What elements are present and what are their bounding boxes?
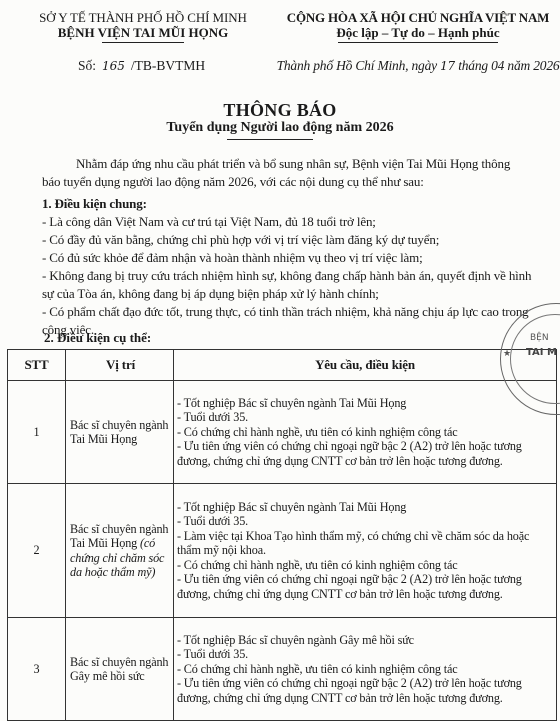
requirement-item: - Có chứng chỉ hành nghề, ưu tiên có kin…	[177, 425, 552, 439]
table-header-row: STT Vị trí Yêu cầu, điều kiện	[8, 350, 557, 381]
organization-name: BỆNH VIỆN TAI MŨI HỌNG	[8, 25, 278, 40]
requirement-item: - Tốt nghiệp Bác sĩ chuyên ngành Gây mê …	[177, 633, 552, 647]
national-header: CỘNG HÒA XÃ HỘI CHỦ NGHĨA VIỆT NAM Độc l…	[276, 10, 560, 43]
date-day-handwritten: 17	[440, 59, 455, 73]
national-motto: Độc lập – Tự do – Hạnh phúc	[276, 25, 560, 40]
organization-underline	[102, 42, 184, 43]
requirement-item: - Ưu tiên ứng viên có chứng chỉ ngoại ng…	[177, 676, 552, 705]
row-position: Bác sĩ chuyên ngành Tai Mũi Họng (có chứ…	[66, 484, 174, 618]
column-header-position: Vị trí	[66, 350, 174, 381]
stamp-text: BỆN	[530, 333, 549, 343]
date-suffix: tháng 04 năm 2026	[458, 58, 559, 73]
document-title: THÔNG BÁO	[0, 100, 560, 121]
condition-item: - Có đủ sức khỏe để đảm nhận và hoàn thà…	[42, 249, 532, 267]
requirement-item: - Có chứng chỉ hành nghề, ưu tiên có kin…	[177, 662, 552, 676]
requirement-item: - Tuổi dưới 35.	[177, 514, 552, 528]
requirement-item: - Ưu tiên ứng viên có chứng chỉ ngoại ng…	[177, 572, 552, 601]
table-row: 2 Bác sĩ chuyên ngành Tai Mũi Họng (có c…	[8, 484, 557, 618]
issuer-header: SỞ Y TẾ THÀNH PHỐ HỒ CHÍ MINH BỆNH VIỆN …	[8, 10, 278, 43]
document-subtitle: Tuyển dụng Người lao động năm 2026	[0, 120, 560, 136]
column-header-stt: STT	[8, 350, 66, 381]
motto-underline	[338, 42, 498, 43]
row-stt: 1	[8, 381, 66, 484]
requirement-item: - Tuổi dưới 35.	[177, 647, 552, 661]
general-conditions-heading: 1. Điều kiện chung:	[42, 195, 532, 213]
stamp-text: TAI M	[526, 347, 557, 358]
row-position: Bác sĩ chuyên ngành Gây mê hồi sức	[66, 618, 174, 721]
stamp-star-icon: ★	[503, 348, 511, 359]
position-title: Bác sĩ chuyên ngành Gây mê hồi sức	[70, 655, 168, 683]
row-requirements: - Tốt nghiệp Bác sĩ chuyên ngành Gây mê …	[174, 618, 557, 721]
requirement-item: - Ưu tiên ứng viên có chứng chỉ ngoại ng…	[177, 439, 552, 468]
general-conditions-section: 1. Điều kiện chung: - Là công dân Việt N…	[42, 195, 532, 339]
column-header-requirements: Yêu cầu, điều kiện	[174, 350, 557, 381]
row-stt: 2	[8, 484, 66, 618]
condition-item: - Có đầy đủ văn bằng, chứng chỉ phù hợp …	[42, 231, 532, 249]
date-line: Thành phố Hồ Chí Minh, ngày 17 tháng 04 …	[276, 58, 560, 74]
date-prefix: Thành phố Hồ Chí Minh, ngày	[277, 58, 437, 73]
nation-title: CỘNG HÒA XÃ HỘI CHỦ NGHĨA VIỆT NAM	[276, 10, 560, 25]
subtitle-underline	[227, 139, 313, 140]
table-row: 3 Bác sĩ chuyên ngành Gây mê hồi sức - T…	[8, 618, 557, 721]
doc-number-handwritten: 165	[102, 59, 125, 73]
intro-paragraph: Nhằm đáp ứng nhu cầu phát triển và bổ su…	[42, 155, 517, 191]
row-position: Bác sĩ chuyên ngành Tai Mũi Họng	[66, 381, 174, 484]
position-title: Bác sĩ chuyên ngành Tai Mũi Họng	[70, 418, 168, 446]
condition-item: - Là công dân Việt Nam và cư trú tại Việ…	[42, 213, 532, 231]
requirements-table: STT Vị trí Yêu cầu, điều kiện 1 Bác sĩ c…	[7, 349, 557, 721]
condition-item: - Không đang bị truy cứu trách nhiệm hìn…	[42, 267, 532, 303]
requirement-item: - Tuổi dưới 35.	[177, 410, 552, 424]
requirement-item: - Làm việc tại Khoa Tạo hình thẩm mỹ, có…	[177, 529, 552, 558]
requirement-item: - Tốt nghiệp Bác sĩ chuyên ngành Tai Mũi…	[177, 396, 552, 410]
table-row: 1 Bác sĩ chuyên ngành Tai Mũi Họng - Tốt…	[8, 381, 557, 484]
row-stt: 3	[8, 618, 66, 721]
document-number: Số:165/TB-BVTMH	[78, 58, 205, 74]
row-requirements: - Tốt nghiệp Bác sĩ chuyên ngành Tai Mũi…	[174, 381, 557, 484]
requirement-item: - Có chứng chỉ hành nghề, ưu tiên có kin…	[177, 558, 552, 572]
doc-number-label: Số:	[78, 58, 96, 73]
requirement-item: - Tốt nghiệp Bác sĩ chuyên ngành Tai Mũi…	[177, 500, 552, 514]
doc-number-suffix: /TB-BVTMH	[131, 58, 205, 73]
row-requirements: - Tốt nghiệp Bác sĩ chuyên ngành Tai Mũi…	[174, 484, 557, 618]
agency-name: SỞ Y TẾ THÀNH PHỐ HỒ CHÍ MINH	[8, 10, 278, 25]
specific-conditions-heading: 2. Điều kiện cụ thể:	[44, 330, 151, 346]
